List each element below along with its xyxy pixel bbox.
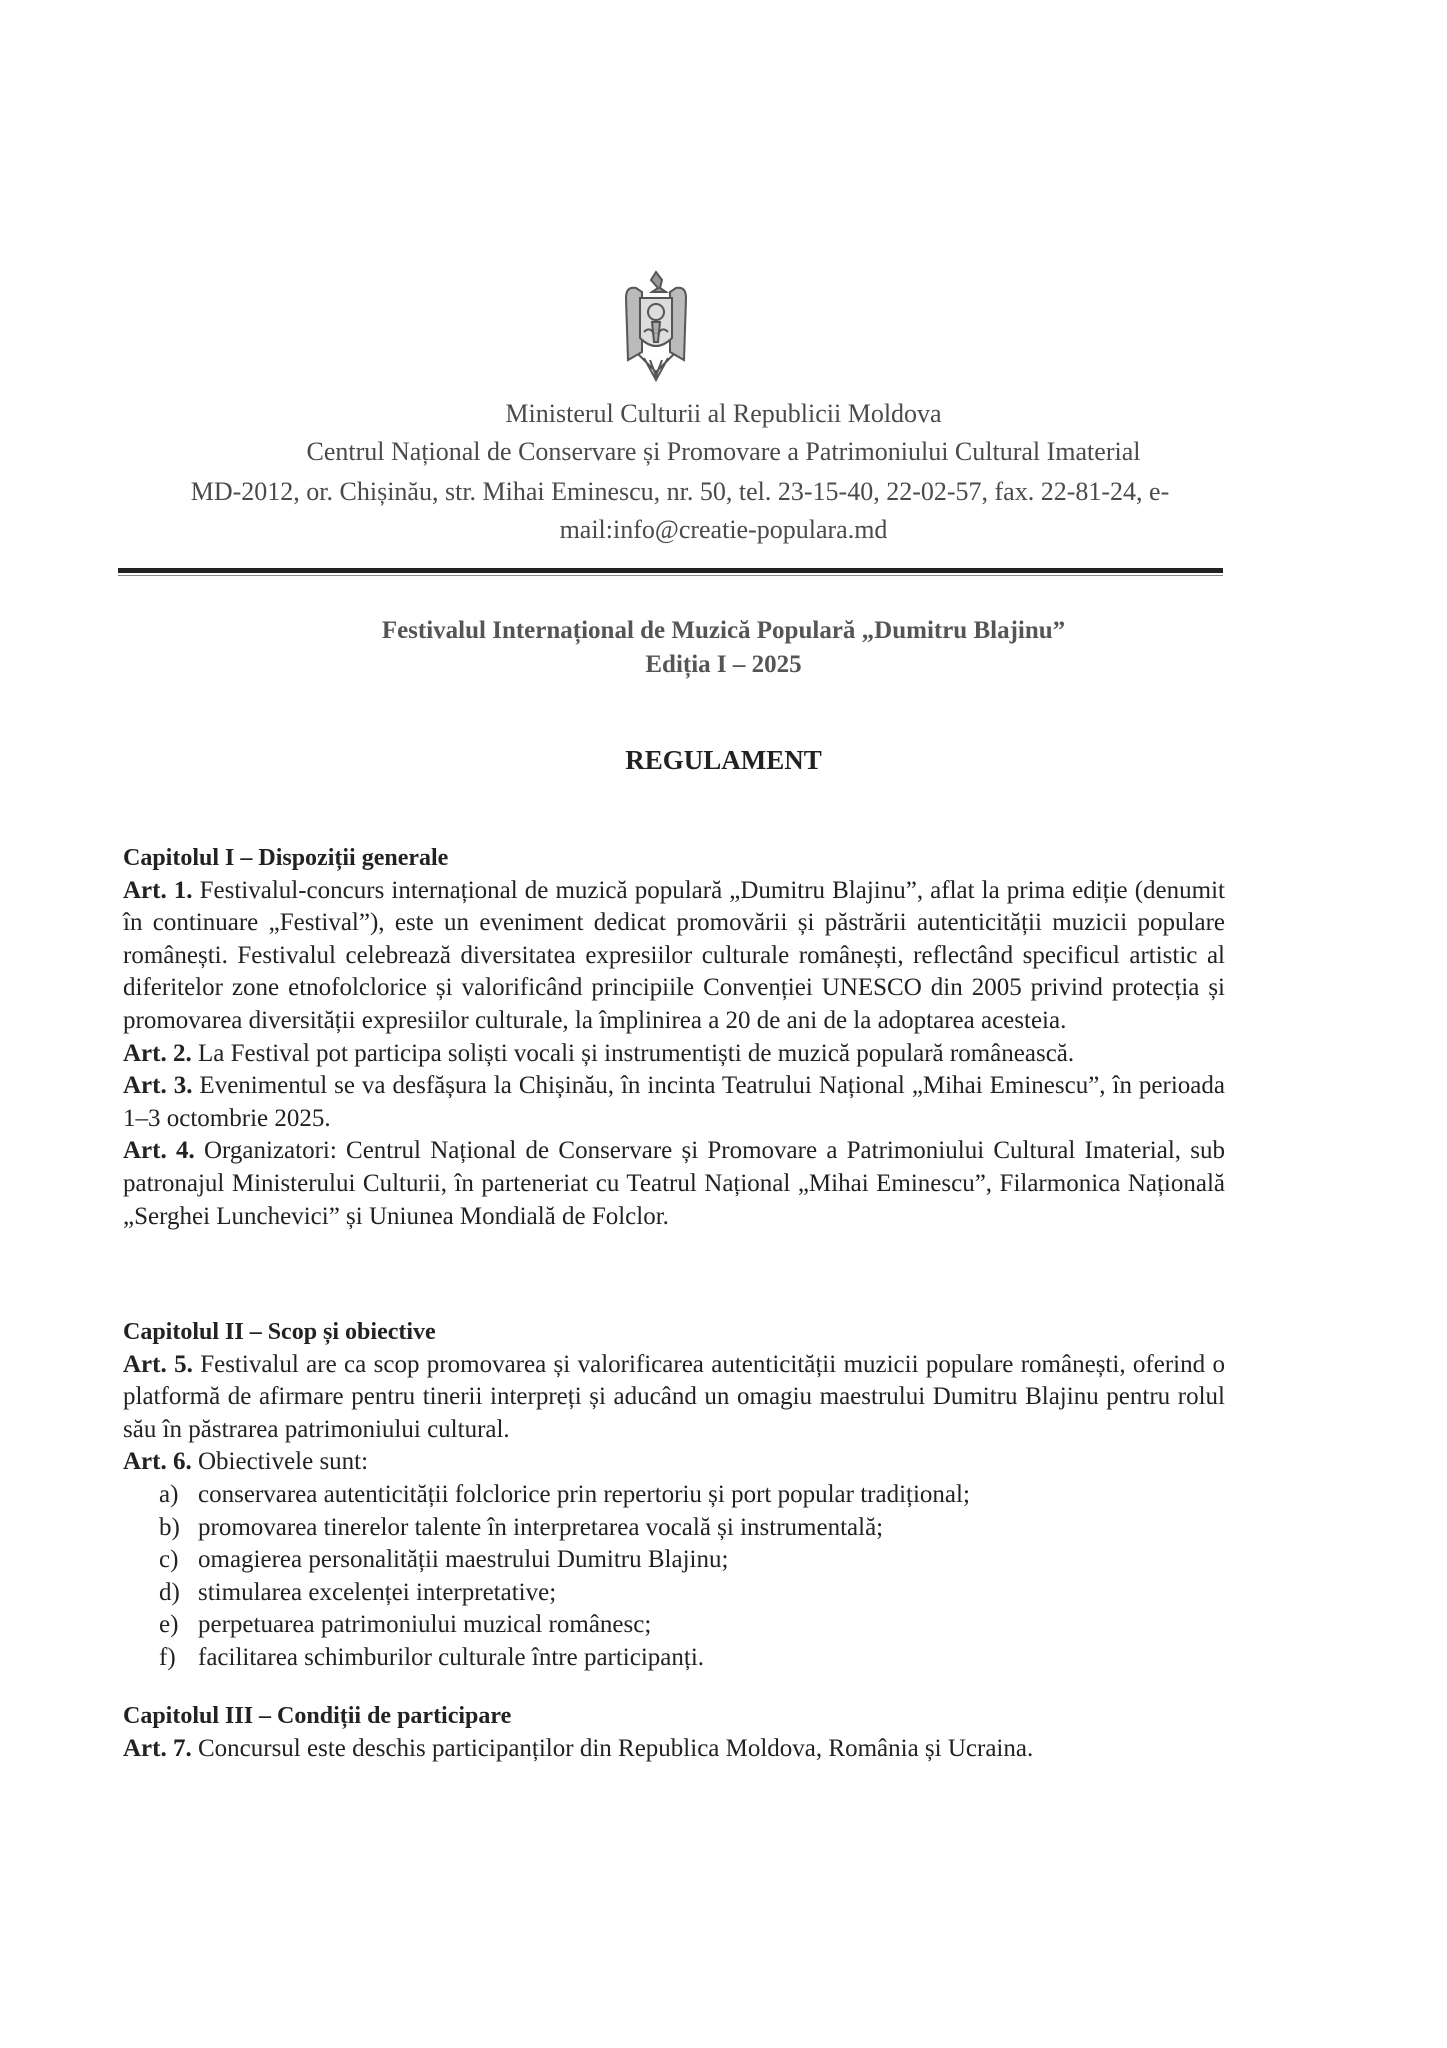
chapter-3: Capitolul III – Condiții de participare …	[123, 1700, 1225, 1765]
article-label: Art. 1.	[123, 877, 193, 904]
list-item: b)promovarea tinerelor talente în interp…	[123, 1512, 1225, 1545]
email-line: mail:info@creatie-populara.md	[0, 514, 1447, 545]
list-item: e)perpetuarea patrimoniului muzical româ…	[123, 1609, 1225, 1642]
article-text: Organizatori: Centrul Național de Conser…	[123, 1137, 1225, 1229]
header-divider	[118, 568, 1223, 573]
header-divider-thin	[118, 575, 1223, 576]
list-item: d)stimularea excelenței interpretative;	[123, 1577, 1225, 1610]
article-3: Art. 3. Evenimentul se va desfășura la C…	[123, 1070, 1225, 1135]
article-2: Art. 2. La Festival pot participa solișt…	[123, 1038, 1225, 1071]
list-item: f)facilitarea schimburilor culturale înt…	[123, 1642, 1225, 1675]
article-text: Concursul este deschis participanților d…	[192, 1735, 1033, 1762]
document-page: Ministerul Culturii al Republicii Moldov…	[0, 0, 1447, 2048]
article-label: Art. 2.	[123, 1040, 192, 1067]
article-text: La Festival pot participa soliști vocali…	[192, 1040, 1074, 1067]
ministry-name: Ministerul Culturii al Republicii Moldov…	[0, 398, 1447, 429]
article-5: Art. 5. Festivalul are ca scop promovare…	[123, 1349, 1225, 1447]
chapter-heading: Capitolul III – Condiții de participare	[123, 1700, 1225, 1733]
article-text: Obiectivele sunt:	[192, 1448, 368, 1475]
list-item: c)omagierea personalității maestrului Du…	[123, 1544, 1225, 1577]
moldova-coat-of-arms-icon	[618, 268, 694, 386]
objectives-list: a)conservarea autenticității folclorice …	[123, 1479, 1225, 1675]
article-label: Art. 3.	[123, 1072, 192, 1099]
article-label: Art. 5.	[123, 1351, 193, 1378]
article-label: Art. 7.	[123, 1735, 192, 1762]
list-item: a)conservarea autenticității folclorice …	[123, 1479, 1225, 1512]
article-1: Art. 1. Festivalul-concurs internațional…	[123, 875, 1225, 1038]
article-text: Festivalul are ca scop promovarea și val…	[123, 1351, 1225, 1443]
chapter-heading: Capitolul II – Scop și obiective	[123, 1316, 1225, 1349]
chapter-1: Capitolul I – Dispoziții generale Art. 1…	[123, 842, 1225, 1233]
article-6: Art. 6. Obiectivele sunt:	[123, 1446, 1225, 1479]
festival-edition: Ediția I – 2025	[0, 649, 1447, 680]
chapter-2: Capitolul II – Scop și obiective Art. 5.…	[123, 1316, 1225, 1675]
chapter-heading: Capitolul I – Dispoziții generale	[123, 842, 1225, 875]
festival-name: Festivalul Internațional de Muzică Popul…	[0, 615, 1447, 646]
article-7: Art. 7. Concursul este deschis participa…	[123, 1733, 1225, 1766]
article-4: Art. 4. Organizatori: Centrul Național d…	[123, 1135, 1225, 1233]
article-text: Festivalul-concurs internațional de muzi…	[123, 877, 1225, 1034]
article-label: Art. 6.	[123, 1448, 192, 1475]
document-title: REGULAMENT	[0, 745, 1447, 776]
article-label: Art. 4.	[123, 1137, 195, 1164]
address-line: MD-2012, or. Chișinău, str. Mihai Emines…	[110, 476, 1250, 507]
institution-name: Centrul Național de Conservare și Promov…	[0, 436, 1447, 467]
article-text: Evenimentul se va desfășura la Chișinău,…	[123, 1072, 1225, 1132]
